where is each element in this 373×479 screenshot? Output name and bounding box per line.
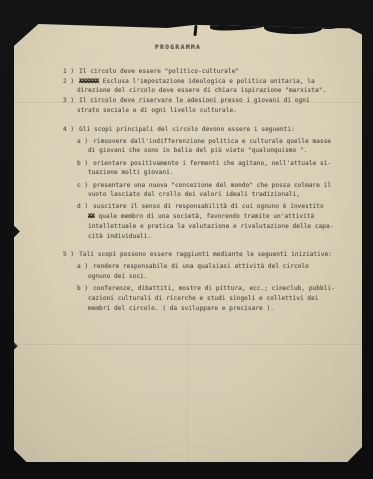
document-title: PROGRAMMA <box>14 43 342 51</box>
line-text: intellettuale e pratica la valutazione e… <box>88 223 333 230</box>
document-line: a )rendere responsabile di una qualsiasi… <box>63 262 355 272</box>
line-text: cazioni culturali di ricerche e studi si… <box>88 295 319 302</box>
line-marker: b ) <box>77 160 88 167</box>
line-text: Il circolo deve essere "politico-cultura… <box>79 68 239 75</box>
document-line: ognuno dei soci. <box>63 272 355 282</box>
paper-edge-notch <box>7 225 20 238</box>
line-text: cità individuali. <box>88 233 151 240</box>
line-text: Gli scopi principali del circolo devono … <box>79 126 295 133</box>
line-marker: 4 ) <box>63 126 74 133</box>
line-text: membri del circolo. ( da sviluppare e pr… <box>88 305 274 312</box>
torn-edge-mark <box>264 21 322 34</box>
line-marker: 2 ) <box>63 78 74 85</box>
document-line: vuoto lasciato dal crollo dei valori ide… <box>63 190 355 200</box>
document-line: cità individuali. <box>63 232 355 242</box>
line-text: suscitare il senso di responsabilità di … <box>93 203 324 210</box>
overstrike-text: XX <box>88 213 95 220</box>
torn-edge-mark <box>210 20 268 32</box>
document-line: 1 )Il circolo deve essere "politico-cult… <box>63 67 355 77</box>
fold-crease <box>187 324 189 462</box>
document-line: 2 )XXXXXXEsclusa l'impostazione ideologi… <box>63 77 355 87</box>
line-marker: b ) <box>77 285 88 292</box>
document-line: d )suscitare il senso di responsabilità … <box>63 202 355 212</box>
document-line: direzione del circolo deve essere di chi… <box>63 86 355 96</box>
line-text: di giovani che sono in balia del più vie… <box>88 147 307 154</box>
line-text: presentare una nuova "concezione del mon… <box>93 182 331 189</box>
document-page: PROGRAMMA 1 )Il circolo deve essere "pol… <box>14 24 362 462</box>
document-line: strato sociale e di ogni livello cultura… <box>63 106 355 116</box>
document-line: di giovani che sono in balia del più vie… <box>63 146 355 156</box>
line-marker: d ) <box>77 203 88 210</box>
document-line: 3 )Il circolo deve riservare le adesioni… <box>63 96 355 106</box>
document-body: 1 )Il circolo deve essere "politico-cult… <box>63 67 355 313</box>
document-line: membri del circolo. ( da sviluppare e pr… <box>63 304 355 314</box>
line-text: direzione del circolo deve essere di chi… <box>77 87 326 94</box>
document-line: 5 )Tali scopi possono essere raggiunti m… <box>63 250 355 260</box>
line-text: Esclusa l'impostazione ideologica e poli… <box>103 78 315 85</box>
line-marker: 1 ) <box>63 68 74 75</box>
document-line: b )conferenze, dibattiti, mostre di pitt… <box>63 284 355 294</box>
line-text: conferenze, dibattiti, mostre di pittura… <box>93 285 335 292</box>
document-line: a )rimuovere dall'indifferenzione politi… <box>63 137 355 147</box>
line-marker: c ) <box>77 182 88 189</box>
document-line: c )presentare una nuova "concezione del … <box>63 181 355 191</box>
line-text: quale membro di una società, favorendo t… <box>99 213 315 220</box>
line-text: orientare positivamente i fermenti che a… <box>93 160 331 167</box>
line-text: Il circolo deve riservare le adesioni pr… <box>79 97 310 104</box>
document-line: cazioni culturali di ricerche e studi si… <box>63 294 355 304</box>
document-line: tuazione molti giovani. <box>63 168 355 178</box>
torn-edge-mark <box>193 25 197 36</box>
line-marker: a ) <box>77 138 88 145</box>
line-text: ognuno dei soci. <box>88 273 148 280</box>
line-text: rendere responsabile di una qualsiasi at… <box>93 263 309 270</box>
line-marker: a ) <box>77 263 88 270</box>
document-line: 4 )Gli scopi principali del circolo devo… <box>63 125 355 135</box>
paper-edge-notch <box>6 340 17 351</box>
line-text: Tali scopi possono essere raggiunti medi… <box>79 251 332 258</box>
line-marker: 5 ) <box>63 251 74 258</box>
line-text: strato sociale e di ogni livello cultura… <box>77 107 237 114</box>
document-line: b )orientare positivamente i fermenti ch… <box>63 159 355 169</box>
document-line: XXquale membro di una società, favorendo… <box>63 212 355 222</box>
photo-background: PROGRAMMA 1 )Il circolo deve essere "pol… <box>0 0 373 479</box>
line-marker: 3 ) <box>63 97 74 104</box>
fold-crease <box>14 344 362 346</box>
line-text: tuazione molti giovani. <box>88 169 174 176</box>
line-text: rimuovere dall'indifferenzione politica … <box>93 138 331 145</box>
line-text: vuoto lasciato dal crollo dei valori ide… <box>88 191 300 198</box>
overstrike-text: XXXXXX <box>79 78 99 85</box>
document-line: intellettuale e pratica la valutazione e… <box>63 222 355 232</box>
